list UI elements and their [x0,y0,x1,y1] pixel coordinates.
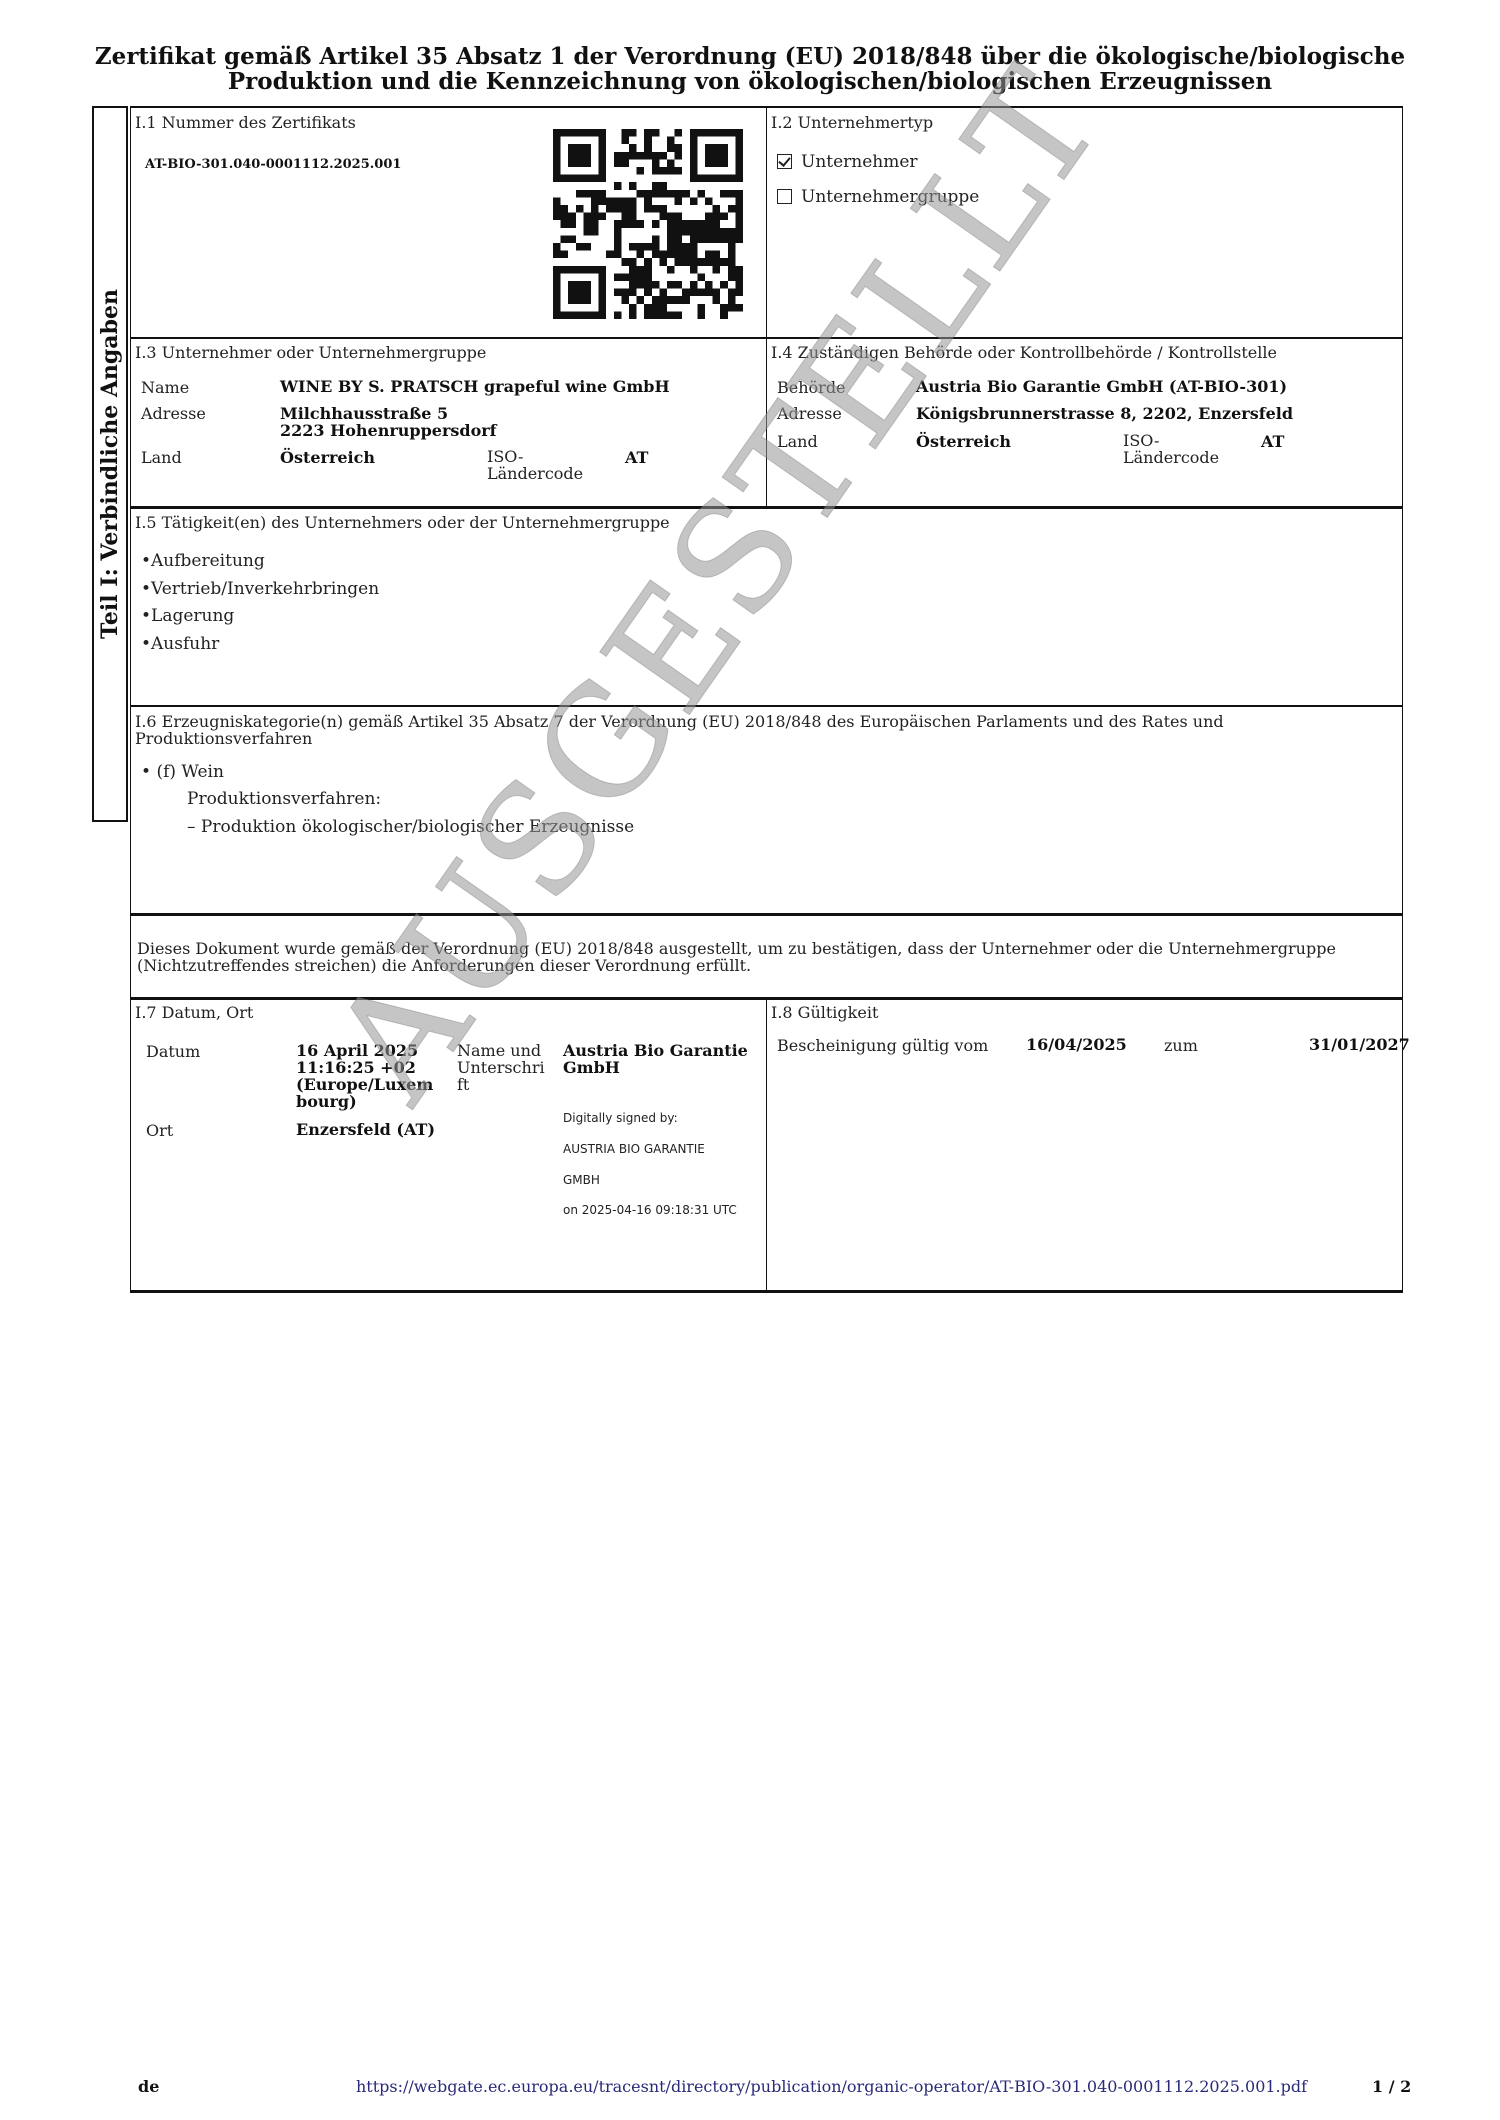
footer-document-link[interactable]: https://webgate.ec.europa.eu/tracesnt/di… [356,2077,1307,2096]
iso-label-line1: ISO- [487,448,583,465]
operator-address-line1: Milchhausstraße 5 [280,405,448,422]
valid-from-date: 16/04/2025 [1026,1036,1127,1053]
place-label: Ort [146,1121,173,1140]
option-unternehmer: Unternehmer [777,152,918,172]
signer-name-line: GmbH [563,1059,748,1076]
option-unternehmergruppe-label: Unternehmergruppe [801,187,979,207]
signature-label-line: Unterschri [457,1059,545,1076]
section-i6-product-categories: I.6 Erzeugniskategorie(n) gemäß Artikel … [130,705,1403,916]
section-i8-validity: I.8 Gültigkeit Bescheinigung gültig vom … [766,997,1403,1293]
footer-language: de [138,2077,159,2096]
section-i6-title: I.6 Erzeugniskategorie(n) gemäß Artikel … [135,713,1224,747]
country-label: Land [141,448,182,467]
footer-page-number: 1 / 2 [1372,2077,1411,2096]
section-i5-activities: I.5 Tätigkeit(en) des Unternehmers oder … [130,507,1403,707]
operator-country: Österreich [280,449,375,466]
section-i2-title: I.2 Unternehmertyp [771,114,933,131]
activity-item: Vertrieb/Inverkehrbringen [141,576,379,604]
iso-label: ISO- Ländercode [487,448,583,482]
statement-line1: Dieses Dokument wurde gemäß der Verordnu… [137,940,1336,957]
signer-name-line: Austria Bio Garantie [563,1042,748,1059]
operator-name: WINE BY S. PRATSCH grapeful wine GmbH [280,378,670,395]
iso-label-line2: Ländercode [487,465,583,482]
section-i3-operator: I.3 Unternehmer oder Unternehmergruppe N… [130,337,767,509]
issue-date-line: 11:16:25 +02 [296,1059,433,1076]
signature-label: Name und Unterschri ft [457,1042,545,1093]
section-i3-title: I.3 Unternehmer oder Unternehmergruppe [135,344,486,361]
section-i5-title: I.5 Tätigkeit(en) des Unternehmers oder … [135,514,670,531]
product-category-text: (f) Wein [156,762,224,782]
signature-label-line: Name und [457,1042,545,1059]
digital-signature-line1: Digitally signed by: [563,1111,678,1125]
authority-iso-code: AT [1261,433,1284,450]
production-method-label: Produktionsverfahren: [187,789,381,809]
signature-label-line: ft [457,1076,545,1093]
authority-address: Königsbrunnerstrasse 8, 2202, Enzersfeld [916,405,1293,422]
date-label: Datum [146,1042,200,1061]
activities-list: Aufbereitung Vertrieb/Inverkehrbringen L… [141,548,379,658]
activity-item: Aufbereitung [141,548,379,576]
authority-iso-label-line2: Ländercode [1123,449,1219,466]
document-title: Zertifikat gemäß Artikel 35 Absatz 1 der… [0,44,1500,94]
production-method: – Produktion ökologischer/biologischer E… [187,817,634,837]
issue-date-line: (Europe/Luxem [296,1076,433,1093]
qr-code-icon [553,129,743,319]
section-i7-title: I.7 Datum, Ort [135,1004,253,1021]
authority-address-label: Adresse [777,404,842,423]
name-label: Name [141,378,189,397]
authority-label: Behörde [777,378,846,397]
product-category: • (f) Wein [141,762,224,782]
section-i4-title: I.4 Zuständigen Behörde oder Kontrollbeh… [771,344,1277,361]
valid-to-date: 31/01/2027 [1309,1036,1410,1053]
valid-to-label: zum [1164,1036,1198,1055]
digital-signature-line3: GMBH [563,1173,600,1187]
valid-from-label: Bescheinigung gültig vom [777,1036,988,1055]
section-i2-operator-type: I.2 Unternehmertyp Unternehmer Unternehm… [766,106,1403,339]
statement-line2: (Nichtzutreffendes streichen) die Anford… [137,957,1336,974]
checkbox-unchecked-icon [777,189,792,204]
section-i6-title-line1: I.6 Erzeugniskategorie(n) gemäß Artikel … [135,713,1224,730]
statement-text: Dieses Dokument wurde gemäß der Verordnu… [137,940,1336,974]
option-unternehmergruppe: Unternehmergruppe [777,187,979,207]
authority-country-label: Land [777,432,818,451]
certificate-number: AT-BIO-301.040-0001112.2025.001 [145,156,401,173]
section-i6-title-line2: Produktionsverfahren [135,730,1224,747]
section-i1-title: I.1 Nummer des Zertifikats [135,114,356,131]
part-one-label: Teil I: Verbindliche Angaben [97,289,123,639]
digital-signature-line4: on 2025-04-16 09:18:31 UTC [563,1203,737,1217]
checkbox-checked-icon [777,154,792,169]
issue-date-line: 16 April 2025 [296,1042,433,1059]
conformity-statement: Dieses Dokument wurde gemäß der Verordnu… [130,913,1403,1000]
section-i4-control-body: I.4 Zuständigen Behörde oder Kontrollbeh… [766,337,1403,509]
authority-iso-label: ISO- Ländercode [1123,432,1219,466]
activity-item: Ausfuhr [141,631,379,659]
authority-iso-label-line1: ISO- [1123,432,1219,449]
operator-iso-code: AT [625,449,648,466]
issue-date: 16 April 2025 11:16:25 +02 (Europe/Luxem… [296,1042,433,1110]
address-label: Adresse [141,404,206,423]
signer-name: Austria Bio Garantie GmbH [563,1042,748,1076]
operator-address-line2: 2223 Hohenruppersdorf [280,422,497,439]
issue-date-line: bourg) [296,1093,433,1110]
authority-country: Österreich [916,433,1011,450]
authority-name: Austria Bio Garantie GmbH (AT-BIO-301) [916,378,1287,395]
section-i7-date-place: I.7 Datum, Ort Datum 16 April 2025 11:16… [130,997,767,1293]
digital-signature-line2: AUSTRIA BIO GARANTIE [563,1142,705,1156]
title-line-2: Produktion und die Kennzeichnung von öko… [0,69,1500,94]
section-i1-certificate-number: I.1 Nummer des Zertifikats AT-BIO-301.04… [130,106,767,339]
title-line-1: Zertifikat gemäß Artikel 35 Absatz 1 der… [0,44,1500,69]
activity-item: Lagerung [141,603,379,631]
option-unternehmer-label: Unternehmer [801,152,918,172]
part-one-side-panel: Teil I: Verbindliche Angaben [92,106,128,822]
issue-place: Enzersfeld (AT) [296,1121,435,1138]
section-i8-title: I.8 Gültigkeit [771,1004,878,1021]
